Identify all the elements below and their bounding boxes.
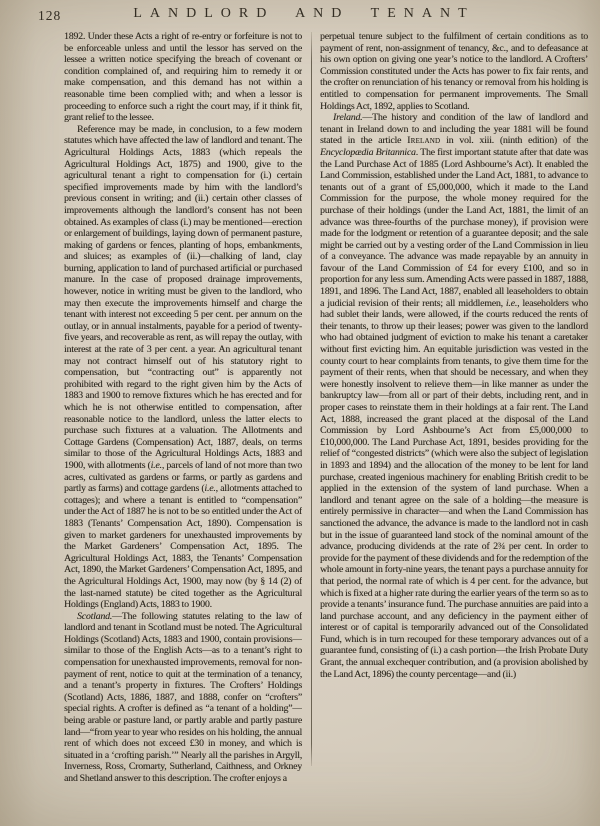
left-column: 1892. Under these Acts a right of re-ent…: [64, 31, 302, 785]
text-segment-italic: i.e.: [506, 298, 517, 309]
paragraph: 1892. Under these Acts a right of re-ent…: [64, 31, 302, 124]
text-segment-normal: in vol. xiii. (ninth edition) of the: [440, 135, 588, 146]
text-segment-normal: —The following statutes relating to the …: [64, 611, 302, 784]
text-segment-italic: i.e.: [151, 460, 162, 471]
text-segment-italic: Encyclopædia Britannica: [320, 147, 416, 158]
text-segment-italic: Scotland.: [77, 611, 112, 622]
text-segment-italic: Ireland.: [333, 112, 362, 123]
text-segment-normal: Reference may be made, in conclusion, to…: [64, 124, 302, 471]
paragraph: perpetual tenure subject to the fulfilme…: [320, 31, 588, 112]
right-column: perpetual tenure subject to the fulfilme…: [320, 31, 588, 785]
paragraph: Reference may be made, in conclusion, to…: [64, 124, 302, 611]
text-segment-normal: , leaseholders who had sublet their land…: [320, 298, 588, 680]
paragraph: Scotland.—The following statutes relatin…: [64, 611, 302, 785]
page-title: LANDLORD AND TENANT: [0, 6, 600, 22]
text-columns: 1892. Under these Acts a right of re-ent…: [64, 31, 588, 785]
text-segment-normal: . The first important statute after that…: [320, 147, 588, 309]
column-divider: [311, 32, 312, 766]
page-header: 128 LANDLORD AND TENANT: [0, 6, 600, 28]
text-segment-normal: perpetual tenure subject to the fulfilme…: [320, 31, 588, 112]
paragraph: Ireland.—The history and condition of th…: [320, 112, 588, 680]
book-page: 128 LANDLORD AND TENANT 1892. Under thes…: [0, 0, 600, 826]
text-segment-italic: i.e.: [204, 483, 215, 494]
text-segment-normal: , allotments attached to cottages); and …: [64, 483, 302, 610]
text-segment-smallcaps: Ireland: [407, 135, 440, 146]
text-segment-normal: 1892. Under these Acts a right of re-ent…: [64, 31, 302, 123]
page-number: 128: [38, 8, 61, 24]
